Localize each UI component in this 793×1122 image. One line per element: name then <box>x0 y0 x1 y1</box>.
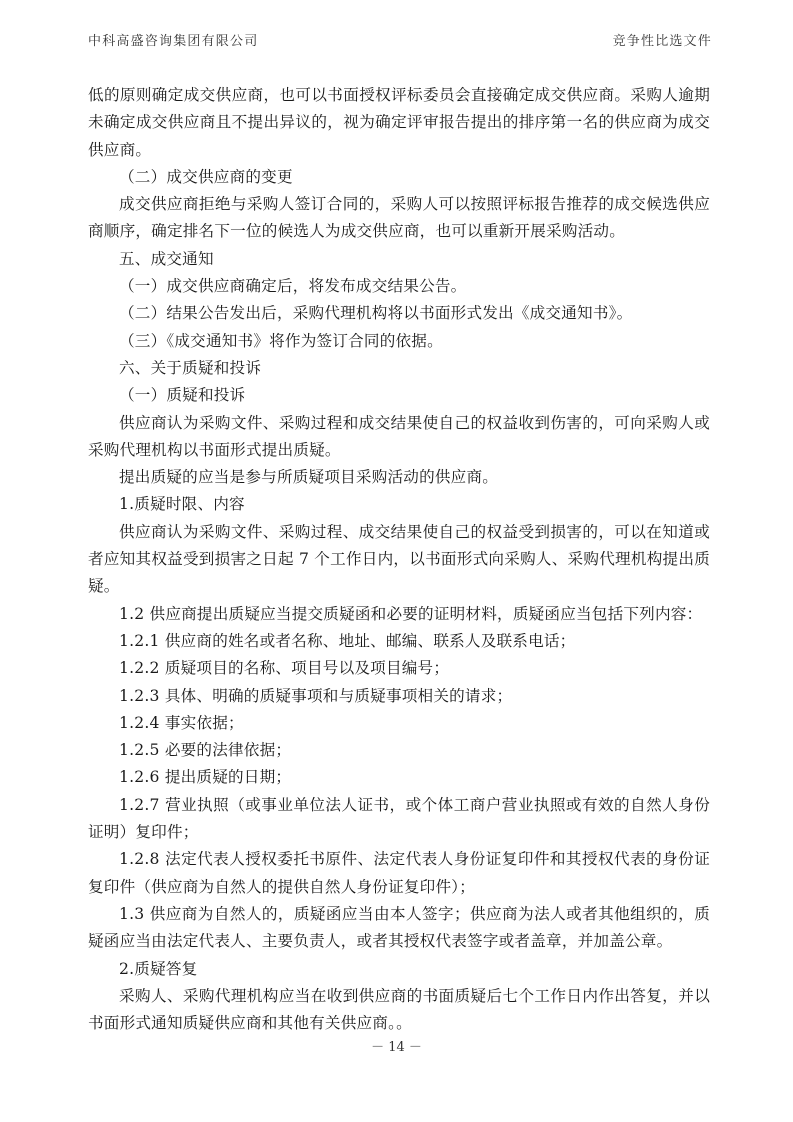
list-item: 1.2 供应商提出质疑应当提交质疑函和必要的证明材料，质疑函应当包括下列内容： <box>88 601 710 628</box>
paragraph: 供应商认为采购文件、采购过程、成交结果使自己的权益受到损害的，可以在知道或者应知… <box>88 519 710 601</box>
paragraph: 提出质疑的应当是参与所质疑项目采购活动的供应商。 <box>88 464 710 491</box>
header-document-type: 竞争性比选文件 <box>613 30 712 49</box>
list-item: 1.2.3 具体、明确的质疑事项和与质疑事项相关的请求； <box>88 683 710 710</box>
list-item: （一）成交供应商确定后，将发布成交结果公告。 <box>88 273 710 300</box>
list-item: 1.2.6 提出质疑的日期； <box>88 764 710 791</box>
list-item: 1.2.4 事实依据； <box>88 710 710 737</box>
section-heading: 2.质疑答复 <box>88 956 710 983</box>
header-company-name: 中科高盛咨询集团有限公司 <box>88 30 258 49</box>
paragraph: 供应商认为采购文件、采购过程和成交结果使自己的权益收到伤害的，可向采购人或采购代… <box>88 410 710 465</box>
list-item: 1.2.1 供应商的姓名或者名称、地址、邮编、联系人及联系电话； <box>88 628 710 655</box>
section-heading: 六、关于质疑和投诉 <box>88 355 710 382</box>
list-item: 1.2.8 法定代表人授权委托书原件、法定代表人身份证复印件和其授权代表的身份证… <box>88 846 710 901</box>
paragraph: 低的原则确定成交供应商，也可以书面授权评标委员会直接确定成交供应商。采购人逾期未… <box>88 82 710 164</box>
paragraph: 成交供应商拒绝与采购人签订合同的，采购人可以按照评标报告推荐的成交候选供应商顺序… <box>88 191 710 246</box>
section-heading: 五、成交通知 <box>88 246 710 273</box>
document-body: 低的原则确定成交供应商，也可以书面授权评标委员会直接确定成交供应商。采购人逾期未… <box>88 82 710 1037</box>
section-heading: （二）成交供应商的变更 <box>88 164 710 191</box>
list-item: 1.2.2 质疑项目的名称、项目号以及项目编号； <box>88 655 710 682</box>
paragraph: 采购人、采购代理机构应当在收到供应商的书面质疑后七个工作日内作出答复，并以书面形… <box>88 983 710 1038</box>
page-header: 中科高盛咨询集团有限公司 竞争性比选文件 <box>88 30 712 50</box>
list-item: 1.2.7 营业执照（或事业单位法人证书，或个体工商户营业执照或有效的自然人身份… <box>88 792 710 847</box>
list-item: 1.2.5 必要的法律依据； <box>88 737 710 764</box>
list-item: （三）《成交通知书》将作为签订合同的依据。 <box>88 328 710 355</box>
section-heading: （一）质疑和投诉 <box>88 382 710 409</box>
section-heading: 1.质疑时限、内容 <box>88 491 710 518</box>
list-item: （二）结果公告发出后，采购代理机构将以书面形式发出《成交通知书》。 <box>88 300 710 327</box>
page-number: － 14 － <box>0 1036 793 1055</box>
list-item: 1.3 供应商为自然人的，质疑函应当由本人签字；供应商为法人或者其他组织的，质疑… <box>88 901 710 956</box>
